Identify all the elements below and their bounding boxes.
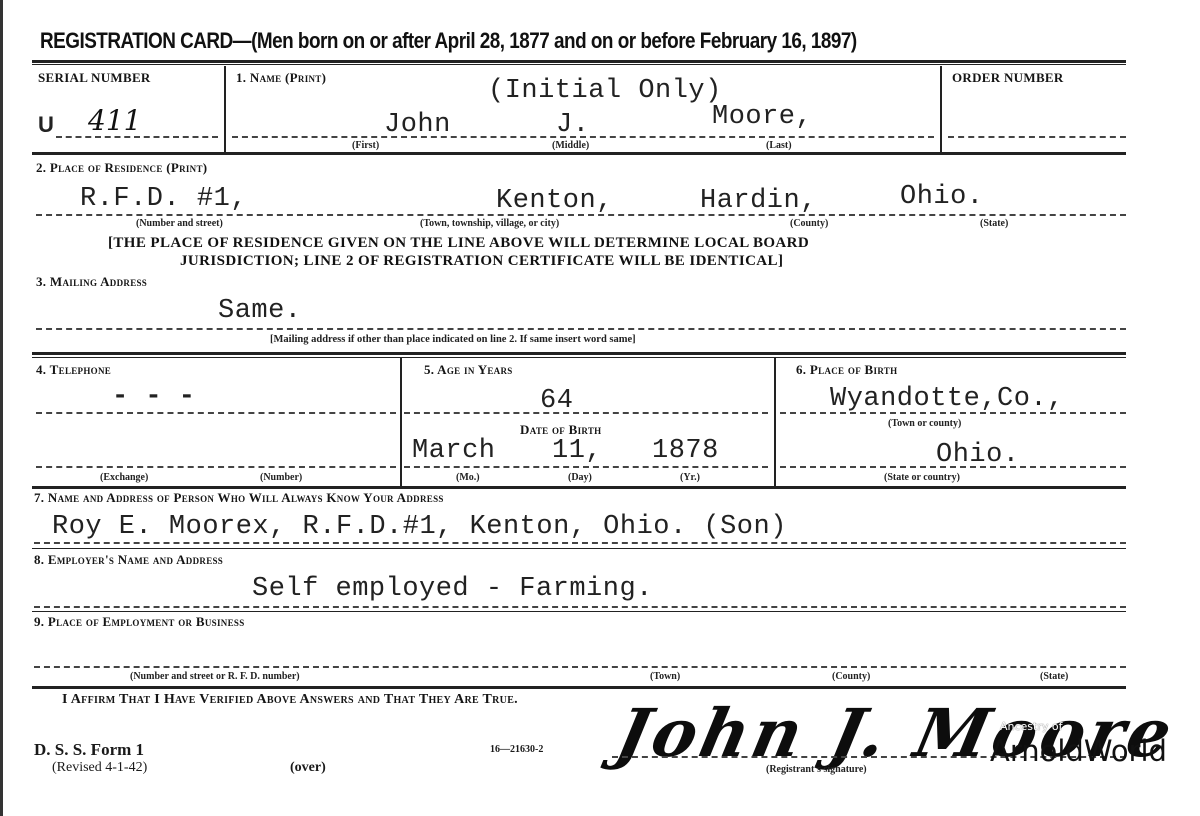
residence-label: 2. Place of Residence (Print) — [36, 160, 207, 176]
divider — [774, 358, 776, 486]
age-label: 5. Age in Years — [424, 362, 513, 378]
contact-line — [34, 542, 1126, 544]
divider — [400, 358, 402, 486]
employment-county-caption: (County) — [832, 671, 870, 682]
dob-line — [404, 466, 768, 468]
birth-town-line — [780, 412, 1126, 414]
serial-number-value: 411 — [88, 104, 141, 137]
name-initial-note: (Initial Only) — [488, 76, 722, 106]
name-label: 1. Name (Print) — [236, 70, 326, 86]
town-caption: (Town, township, village, or city) — [420, 218, 559, 229]
mailing-address-value: Same. — [218, 296, 302, 326]
order-number-label: ORDER NUMBER — [952, 70, 1064, 86]
serial-line — [56, 136, 218, 138]
contact-person-label: 7. Name and Address of Person Who Will A… — [34, 490, 444, 506]
last-name-value: Moore, — [712, 102, 812, 132]
card-title: REGISTRATION CARD—(Men born on or after … — [40, 28, 857, 54]
employment-place-label: 9. Place of Employment or Business — [34, 614, 245, 630]
birth-month: March — [412, 436, 496, 466]
divider — [32, 357, 1126, 358]
employment-town-caption: (Town) — [650, 671, 680, 682]
divider — [32, 64, 1126, 65]
divider — [32, 686, 1126, 689]
age-line — [404, 412, 768, 414]
employment-place-line — [34, 666, 1126, 668]
watermark-small: Ancestry of — [1000, 720, 1063, 733]
over-note: (over) — [290, 760, 326, 776]
residence-county: Hardin, — [700, 186, 817, 216]
month-caption: (Mo.) — [456, 472, 480, 483]
year-caption: (Yr.) — [680, 472, 700, 483]
mailing-line — [36, 328, 1126, 330]
birth-year: 1878 — [652, 436, 719, 466]
first-caption: (First) — [352, 140, 379, 151]
divider — [940, 66, 942, 152]
birth-state-line — [780, 466, 1126, 468]
telephone-line-2 — [36, 466, 396, 468]
jurisdiction-notice-1: [THE PLACE OF RESIDENCE GIVEN ON THE LIN… — [108, 234, 809, 252]
residence-street: R.F.D. #1, — [80, 184, 247, 214]
jurisdiction-notice-2: JURISDICTION; LINE 2 OF REGISTRATION CER… — [180, 252, 783, 270]
serial-prefix: U — [38, 112, 54, 138]
telephone-line-1 — [36, 412, 396, 414]
employment-street-caption: (Number and street or R. F. D. number) — [130, 671, 300, 682]
employer-line — [34, 606, 1126, 608]
state-country-caption: (State or country) — [884, 472, 960, 483]
middle-caption: (Middle) — [552, 140, 589, 151]
state-caption: (State) — [980, 218, 1008, 229]
birth-day: 11, — [552, 436, 602, 466]
residence-line — [36, 214, 1126, 216]
affirmation-text: I Affirm That I Have Verified Above Answ… — [62, 692, 518, 708]
contact-person-value: Roy E. Moorex, R.F.D.#1, Kenton, Ohio. (… — [52, 512, 787, 542]
employer-label: 8. Employer's Name and Address — [34, 552, 223, 568]
telephone-value: - - - — [112, 382, 196, 412]
scan-edge — [0, 0, 3, 816]
signature-caption: (Registrant's signature) — [766, 764, 867, 775]
day-caption: (Day) — [568, 472, 592, 483]
residence-state: Ohio. — [900, 182, 984, 212]
divider — [32, 548, 1126, 549]
divider — [224, 66, 226, 152]
form-revised-date: (Revised 4-1-42) — [52, 760, 147, 776]
divider — [32, 152, 1126, 155]
exchange-caption: (Exchange) — [100, 472, 148, 483]
street-caption: (Number and street) — [136, 218, 223, 229]
divider — [32, 352, 1126, 355]
birth-town: Wyandotte,Co., — [830, 384, 1064, 414]
order-number-line — [948, 136, 1126, 138]
place-of-birth-label: 6. Place of Birth — [796, 362, 897, 378]
county-caption: (County) — [790, 218, 828, 229]
employer-value: Self employed - Farming. — [252, 574, 653, 604]
serial-number-label: SERIAL NUMBER — [38, 70, 151, 86]
divider — [32, 486, 1126, 489]
mailing-caption: [Mailing address if other than place ind… — [270, 334, 636, 345]
watermark-logo: ArnoldWorld — [990, 734, 1167, 768]
divider — [32, 611, 1126, 612]
form-number: D. S. S. Form 1 — [34, 740, 144, 760]
number-caption: (Number) — [260, 472, 302, 483]
name-line — [232, 136, 934, 138]
residence-town: Kenton, — [496, 186, 613, 216]
print-code: 16—21630-2 — [490, 744, 543, 755]
last-caption: (Last) — [766, 140, 792, 151]
telephone-label: 4. Telephone — [36, 362, 111, 378]
divider — [32, 60, 1126, 63]
mailing-address-label: 3. Mailing Address — [36, 274, 147, 290]
employment-state-caption: (State) — [1040, 671, 1068, 682]
town-county-caption: (Town or county) — [888, 418, 961, 429]
